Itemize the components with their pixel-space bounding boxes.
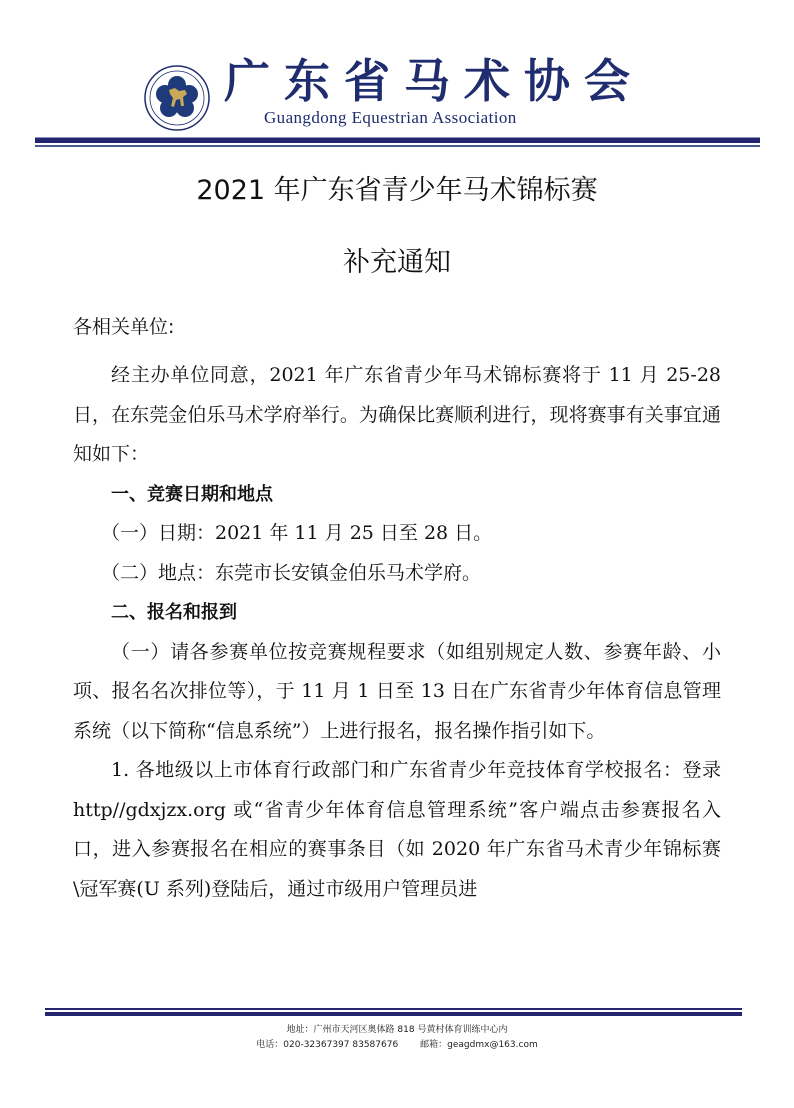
- document-body: 经主办单位同意，2021 年广东省青少年马术锦标赛将于 11 月 25-28 日…: [73, 356, 721, 909]
- header-divider: [35, 138, 760, 143]
- section-item: （一）日期：2021 年 11 月 25 日至 28 日。: [73, 514, 721, 554]
- footer-contact: 电话：020-32367397 83587676邮箱：geagdmx@163.c…: [0, 1037, 794, 1050]
- footer-divider: [45, 1012, 742, 1016]
- intro-paragraph: 经主办单位同意，2021 年广东省青少年马术锦标赛将于 11 月 25-28 日…: [73, 356, 721, 475]
- document-subtitle: 补充通知: [0, 240, 794, 279]
- footer-email: 邮箱：geagdmx@163.com: [420, 1040, 538, 1050]
- section-item: （二）地点：东莞市长安镇金伯乐马术学府。: [73, 554, 721, 594]
- footer-divider: [45, 1008, 742, 1010]
- section-heading: 一、竞赛日期和地点: [73, 475, 721, 515]
- horse-emblem-icon: [143, 64, 211, 132]
- footer-phone: 电话：020-32367397 83587676: [256, 1040, 398, 1050]
- org-name-cn: 广东省马术协会: [224, 58, 644, 104]
- header-divider: [35, 145, 760, 147]
- footer-address: 地址：广州市天河区奥体路 818 号黄村体育训练中心内: [0, 1022, 794, 1035]
- org-name-en: Guangdong Equestrian Association: [264, 108, 517, 128]
- section-item: （一）请各参赛单位按竞赛规程要求（如组别规定人数、参赛年龄、小项、报名名次排位等…: [73, 633, 721, 752]
- section-item: 1. 各地级以上市体育行政部门和广东省青少年竞技体育学校报名：登录 http//…: [73, 751, 721, 909]
- salutation: 各相关单位:: [73, 312, 174, 339]
- section-heading: 二、报名和报到: [73, 593, 721, 633]
- letterhead: 广东省马术协会 Guangdong Equestrian Association: [0, 0, 794, 160]
- document-title: 2021 年广东省青少年马术锦标赛: [0, 168, 794, 207]
